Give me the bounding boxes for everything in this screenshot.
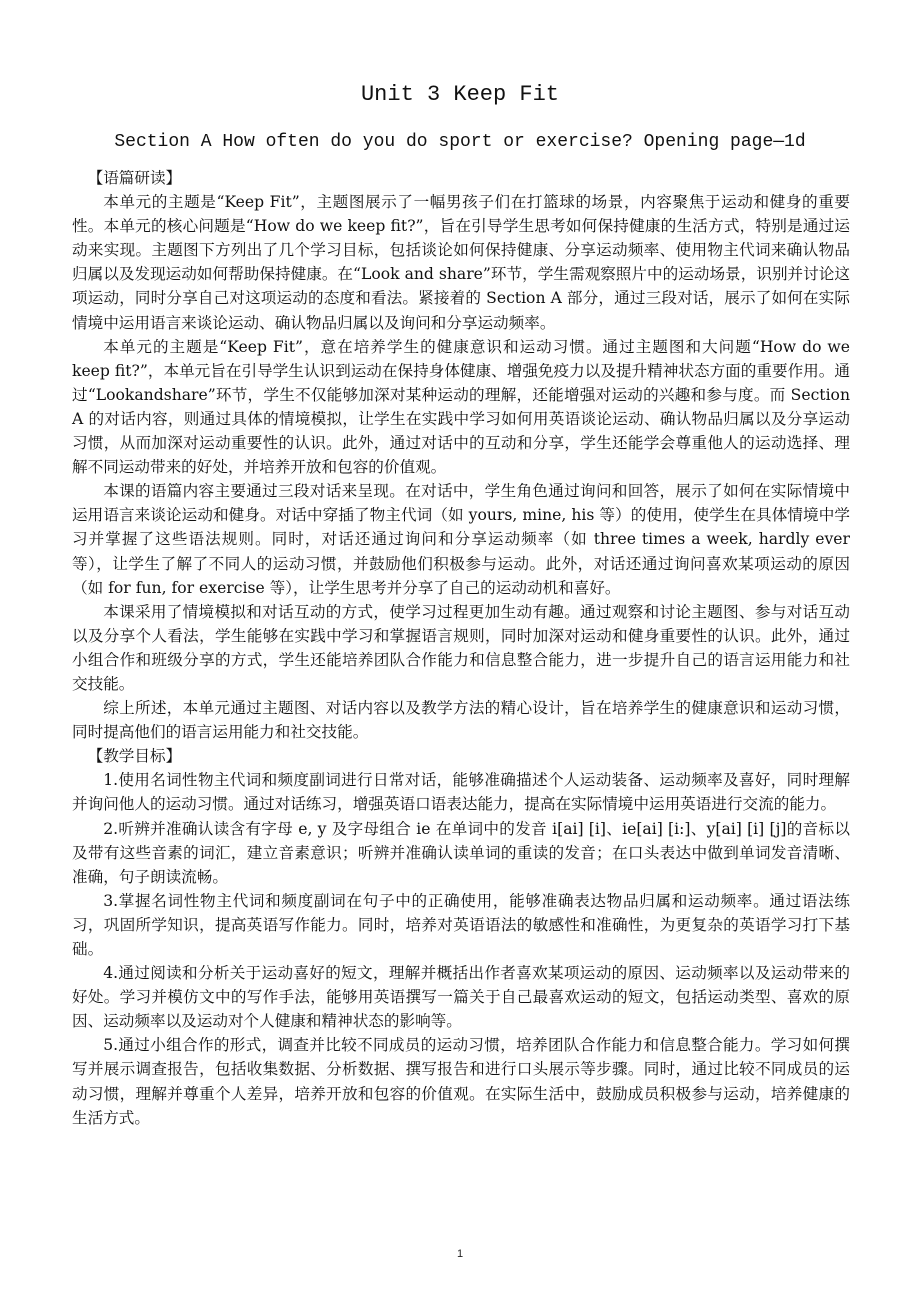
page-number: 1	[0, 1248, 920, 1260]
paragraph: 本单元的主题是“Keep Fit”，主题图展示了一幅男孩子们在打篮球的场景，内容…	[72, 190, 850, 335]
objective-item: 3.掌握名词性物主代词和频度副词在句子中的正确使用，能够准确表达物品归属和运动频…	[72, 889, 850, 961]
paragraph: 本课的语篇内容主要通过三段对话来呈现。在对话中，学生角色通过询问和回答，展示了如…	[72, 479, 850, 599]
paragraph: 本课采用了情境模拟和对话互动的方式，使学习过程更加生动有趣。通过观察和讨论主题图…	[72, 600, 850, 696]
objective-item: 1.使用名词性物主代词和频度副词进行日常对话，能够准确描述个人运动装备、运动频率…	[72, 768, 850, 816]
section-heading-teaching-objectives: 【教学目标】	[72, 744, 850, 768]
objective-item: 4.通过阅读和分析关于运动喜好的短文，理解并概括出作者喜欢某项运动的原因、运动频…	[72, 961, 850, 1033]
section-subtitle: Section A How often do you do sport or e…	[0, 132, 920, 152]
paragraph: 本单元的主题是“Keep Fit”，意在培养学生的健康意识和运动习惯。通过主题图…	[72, 335, 850, 480]
document-page: Unit 3 Keep Fit Section A How often do y…	[0, 0, 920, 1302]
section-heading-text-analysis: 【语篇研读】	[72, 166, 850, 190]
paragraph: 综上所述，本单元通过主题图、对话内容以及教学方法的精心设计，旨在培养学生的健康意…	[72, 696, 850, 744]
objective-item: 2.听辨并准确认读含有字母 e, y 及字母组合 ie 在单词中的发音 i[ai…	[72, 817, 850, 889]
objective-item: 5.通过小组合作的形式，调查并比较不同成员的运动习惯，培养团队合作能力和信息整合…	[72, 1033, 850, 1129]
page-title: Unit 3 Keep Fit	[0, 82, 920, 107]
document-body: 【语篇研读】 本单元的主题是“Keep Fit”，主题图展示了一幅男孩子们在打篮…	[72, 166, 850, 1130]
